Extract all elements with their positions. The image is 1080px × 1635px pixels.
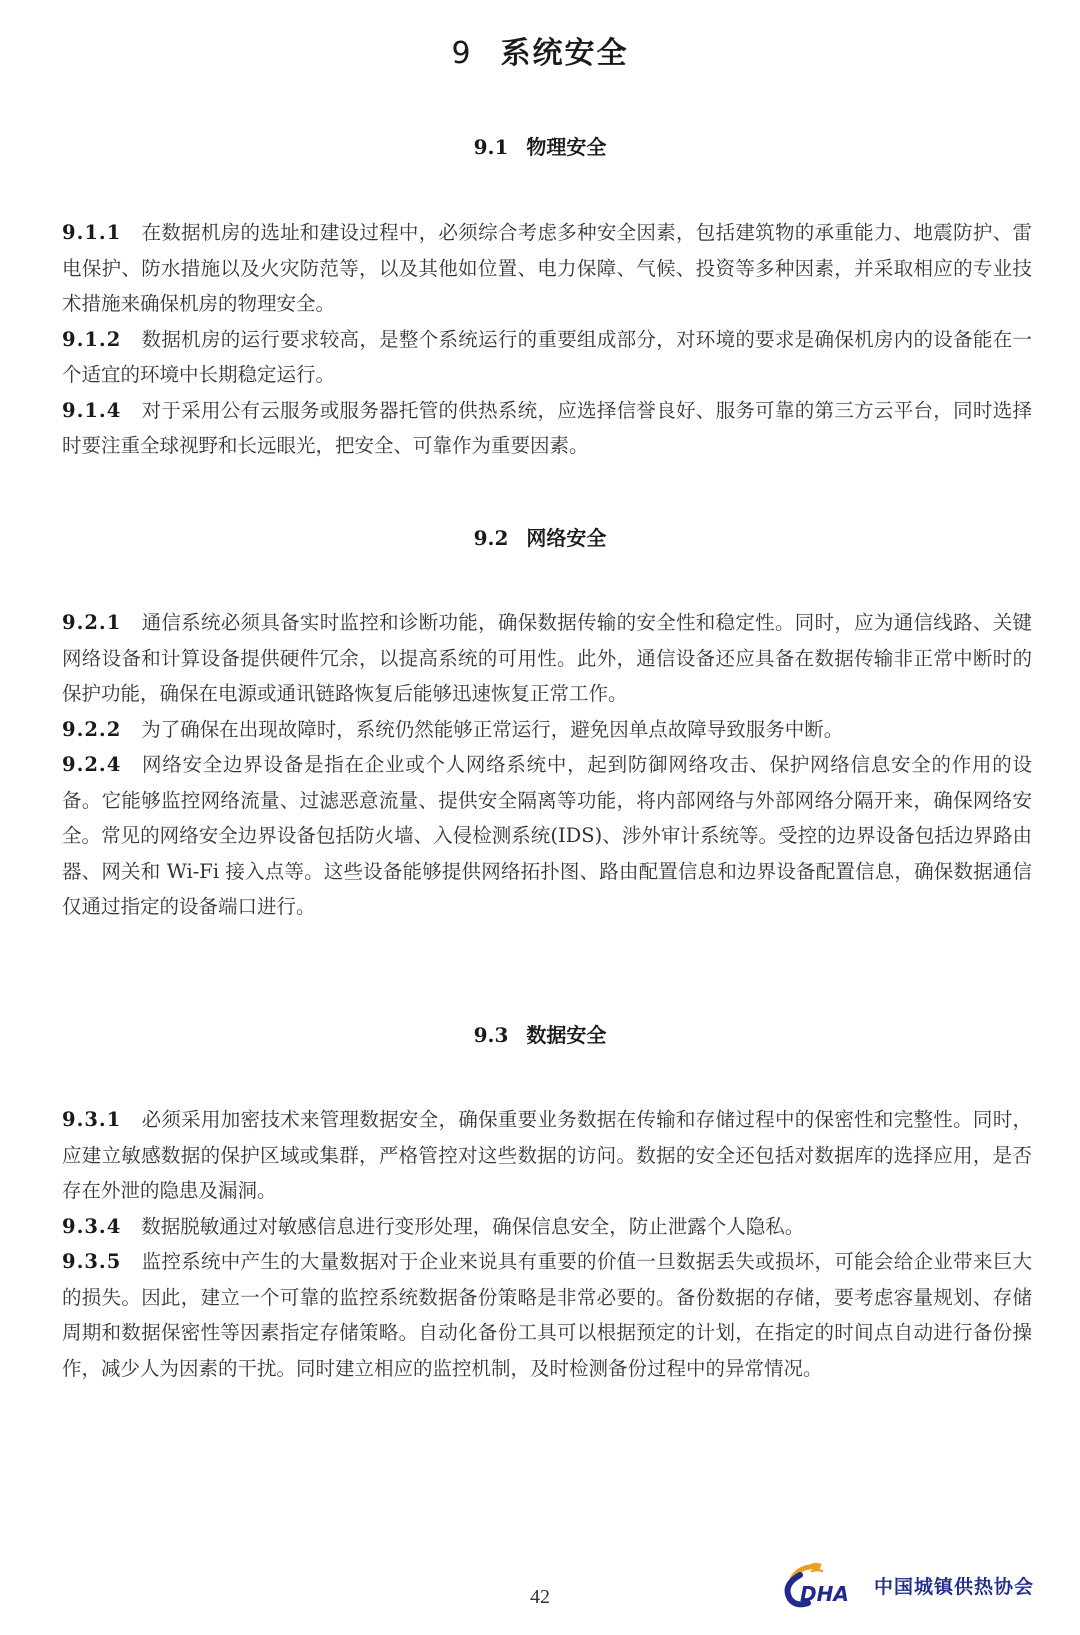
chapter-number: 9 <box>451 36 472 71</box>
chapter-title: 9系统安全 <box>0 28 1080 72</box>
section-heading: 网络安全 <box>526 526 606 550</box>
svg-text:DHA: DHA <box>800 1582 849 1606</box>
org-logo: DHA 中国城镇供热协会 <box>778 1560 1078 1610</box>
clause-text: 对于采用公有云服务或服务器托管的供热系统，应选择信誉良好、服务可靠的第三方云平台… <box>62 399 1032 458</box>
clause-text: 数据机房的运行要求较高，是整个系统运行的重要组成部分，对环境的要求是确保机房内的… <box>62 328 1032 387</box>
clause-9-2-4: 9.2.4网络安全边界设备是指在企业或个人网络系统中，起到防御网络攻击、保护网络… <box>62 747 1032 925</box>
section-number: 9.2 <box>474 526 509 550</box>
clause-number: 9.3.4 <box>62 1215 121 1238</box>
clause-text: 监控系统中产生的大量数据对于企业来说具有重要的价值一旦数据丢失或损坏，可能会给企… <box>62 1250 1032 1380</box>
section-title-9-3: 9.3数据安全 <box>0 1019 1080 1048</box>
clause-9-3-4: 9.3.4数据脱敏通过对敏感信息进行变形处理，确保信息安全，防止泄露个人隐私。 <box>62 1209 1032 1245</box>
section-number: 9.3 <box>474 1023 509 1047</box>
section-title-9-2: 9.2网络安全 <box>0 522 1080 551</box>
clause-number: 9.2.2 <box>62 718 121 741</box>
section-heading: 物理安全 <box>526 135 606 159</box>
clause-text: 必须采用加密技术来管理数据安全，确保重要业务数据在传输和存储过程中的保密性和完整… <box>62 1108 1032 1202</box>
clause-text: 为了确保在出现故障时，系统仍然能够正常运行，避免因单点故障导致服务中断。 <box>141 718 843 741</box>
clause-number: 9.2.4 <box>62 753 121 776</box>
section-heading: 数据安全 <box>526 1023 606 1047</box>
clause-9-2-2: 9.2.2为了确保在出现故障时，系统仍然能够正常运行，避免因单点故障导致服务中断… <box>62 712 1032 748</box>
section-body-9-2: 9.2.1通信系统必须具备实时监控和诊断功能，确保数据传输的安全性和稳定性。同时… <box>62 605 1032 925</box>
clause-number: 9.1.4 <box>62 399 121 422</box>
clause-9-1-1: 9.1.1在数据机房的选址和建设过程中，必须综合考虑多种安全因素，包括建筑物的承… <box>62 215 1032 322</box>
clause-number: 9.1.1 <box>62 221 121 244</box>
section-body-9-1: 9.1.1在数据机房的选址和建设过程中，必须综合考虑多种安全因素，包括建筑物的承… <box>62 215 1032 464</box>
clause-number: 9.3.5 <box>62 1250 121 1273</box>
clause-9-1-4: 9.1.4对于采用公有云服务或服务器托管的供热系统，应选择信誉良好、服务可靠的第… <box>62 393 1032 464</box>
clause-text: 通信系统必须具备实时监控和诊断功能，确保数据传输的安全性和稳定性。同时，应为通信… <box>62 611 1032 705</box>
chapter-heading: 系统安全 <box>501 36 629 71</box>
clause-number: 9.2.1 <box>62 611 121 634</box>
section-title-9-1: 9.1物理安全 <box>0 131 1080 160</box>
clause-9-3-5: 9.3.5监控系统中产生的大量数据对于企业来说具有重要的价值一旦数据丢失或损坏，… <box>62 1244 1032 1386</box>
org-name: 中国城镇供热协会 <box>874 1572 1034 1599</box>
clause-9-3-1: 9.3.1必须采用加密技术来管理数据安全，确保重要业务数据在传输和存储过程中的保… <box>62 1102 1032 1209</box>
clause-number: 9.1.2 <box>62 328 121 351</box>
clause-text: 数据脱敏通过对敏感信息进行变形处理，确保信息安全，防止泄露个人隐私。 <box>141 1215 804 1238</box>
section-body-9-3: 9.3.1必须采用加密技术来管理数据安全，确保重要业务数据在传输和存储过程中的保… <box>62 1102 1032 1386</box>
dha-logo-icon: DHA <box>778 1561 860 1609</box>
clause-9-1-2: 9.1.2数据机房的运行要求较高，是整个系统运行的重要组成部分，对环境的要求是确… <box>62 322 1032 393</box>
section-number: 9.1 <box>474 135 509 159</box>
document-page: 9系统安全 9.1物理安全 9.1.1在数据机房的选址和建设过程中，必须综合考虑… <box>0 0 1080 1635</box>
clause-text: 在数据机房的选址和建设过程中，必须综合考虑多种安全因素，包括建筑物的承重能力、地… <box>62 221 1032 315</box>
clause-9-2-1: 9.2.1通信系统必须具备实时监控和诊断功能，确保数据传输的安全性和稳定性。同时… <box>62 605 1032 712</box>
clause-number: 9.3.1 <box>62 1108 121 1131</box>
clause-text: 网络安全边界设备是指在企业或个人网络系统中，起到防御网络攻击、保护网络信息安全的… <box>62 753 1032 918</box>
